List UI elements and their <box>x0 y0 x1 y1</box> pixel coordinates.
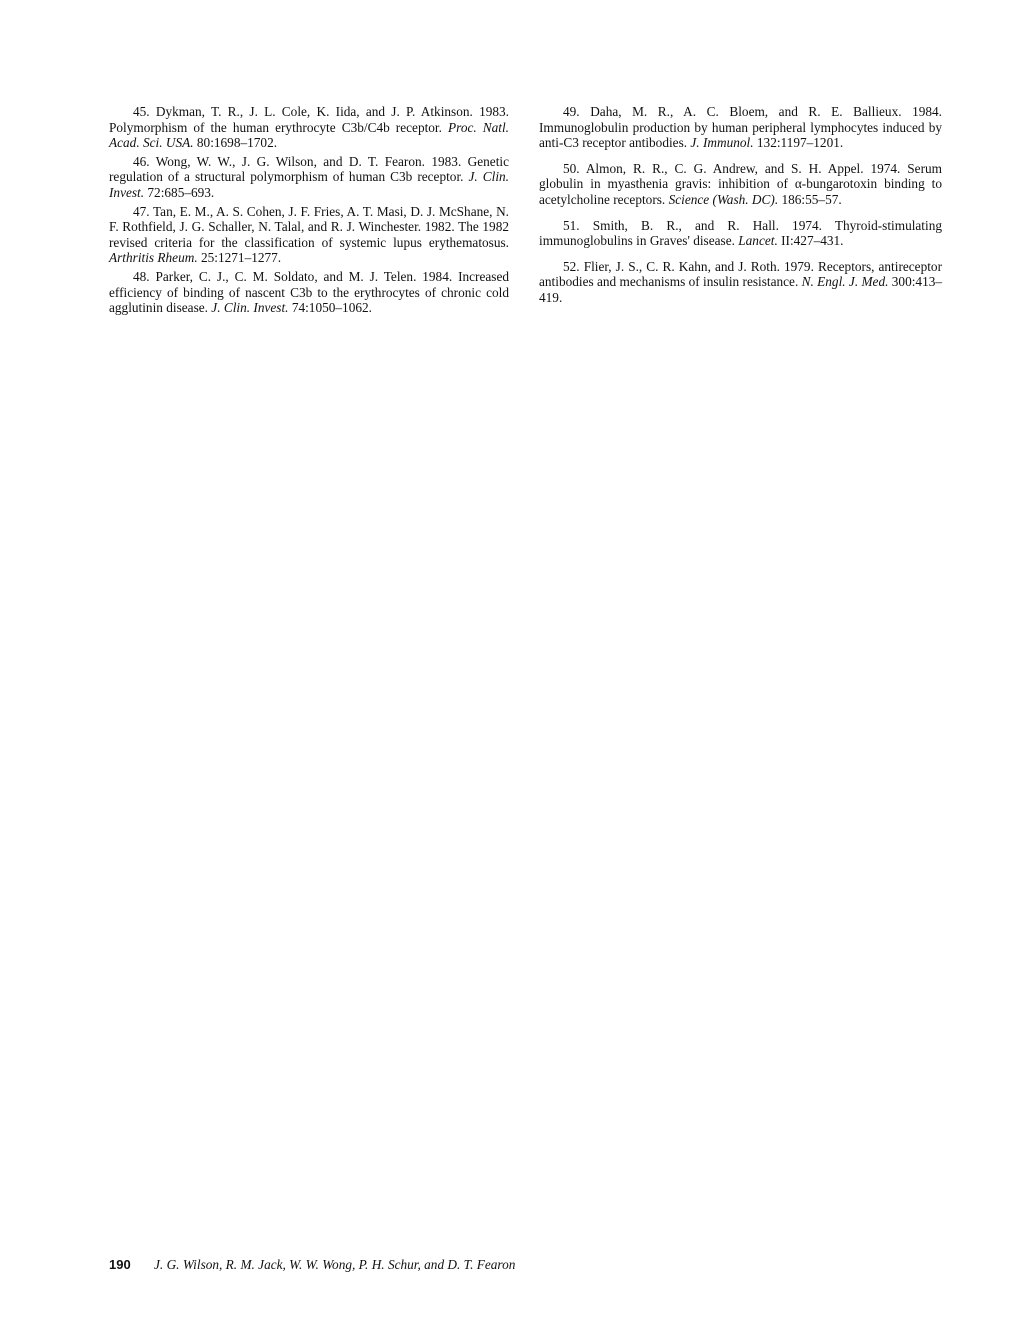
running-head: J. G. Wilson, R. M. Jack, W. W. Wong, P.… <box>154 1257 515 1272</box>
reference-52: 52. Flier, J. S., C. R. Kahn, and J. Rot… <box>539 259 942 306</box>
reference-column-right: 49. Daha, M. R., A. C. Bloem, and R. E. … <box>539 104 942 316</box>
reference-47: 47. Tan, E. M., A. S. Cohen, J. F. Fries… <box>109 204 509 266</box>
reference-column-left: 45. Dykman, T. R., J. L. Cole, K. Iida, … <box>109 104 509 319</box>
page-number: 190 <box>109 1257 131 1272</box>
reference-46: 46. Wong, W. W., J. G. Wilson, and D. T.… <box>109 154 509 201</box>
reference-45: 45. Dykman, T. R., J. L. Cole, K. Iida, … <box>109 104 509 151</box>
reference-50: 50. Almon, R. R., C. G. Andrew, and S. H… <box>539 161 942 208</box>
reference-51: 51. Smith, B. R., and R. Hall. 1974. Thy… <box>539 218 942 249</box>
reference-49: 49. Daha, M. R., A. C. Bloem, and R. E. … <box>539 104 942 151</box>
reference-48: 48. Parker, C. J., C. M. Soldato, and M.… <box>109 269 509 316</box>
page-footer: 190 J. G. Wilson, R. M. Jack, W. W. Wong… <box>109 1257 515 1273</box>
